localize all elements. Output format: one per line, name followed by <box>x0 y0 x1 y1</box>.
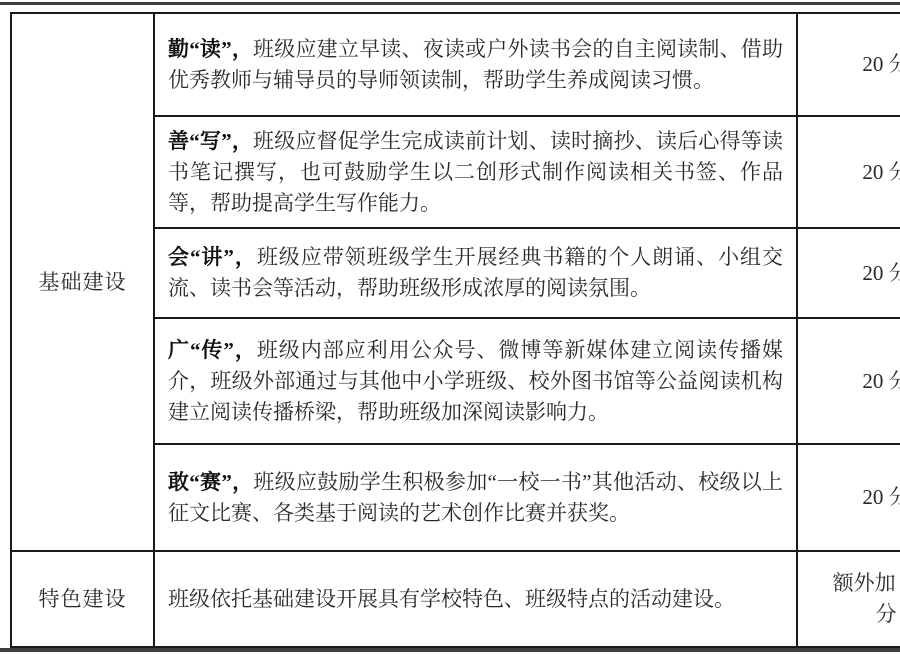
criterion-cell: 会“讲”，班级应带领班级学生开展经典书籍的个人朗诵、小组交流、读书会等活动，帮助… <box>154 228 797 318</box>
criterion-text: 班级应鼓励学生积极参加“一校一书”其他活动、校级以上征文比赛、各类基于阅读的艺术… <box>168 470 783 525</box>
criterion-cell: 善“写”，班级应督促学生完成读前计划、读时摘抄、读后心得等读书笔记撰写，也可鼓励… <box>154 116 797 228</box>
table-row: 特色建设 班级依托基础建设开展具有学校特色、班级特点的活动建设。 额外加 5-1… <box>11 551 900 647</box>
special-criterion-cell: 班级依托基础建设开展具有学校特色、班级特点的活动建设。 <box>154 551 797 647</box>
score-cell: 20 分 <box>797 318 900 444</box>
criterion-text: 班级应带领班级学生开展经典书籍的个人朗诵、小组交流、读书会等活动，帮助班级形成浓… <box>168 245 783 300</box>
criterion-text: 班级依托基础建设开展具有学校特色、班级特点的活动建设。 <box>168 587 735 611</box>
criterion-cell: 广“传”，班级内部应利用公众号、微博等新媒体建立阅读传播媒介，班级外部通过与其他… <box>154 318 797 444</box>
score-cell: 20 分 <box>797 228 900 318</box>
top-rule <box>0 2 900 5</box>
criterion-lead-spread: 广“传”， <box>168 338 257 362</box>
score-cell: 20 分 <box>797 444 900 551</box>
score-cell: 20 分 <box>797 13 900 116</box>
score-cell: 20 分 <box>797 116 900 228</box>
criterion-lead-speak: 会“讲”， <box>168 245 257 269</box>
evaluation-table: 基础建设 勤“读”，班级应建立早读、夜读或户外读书会的自主阅读制、借助优秀教师与… <box>10 12 900 648</box>
bottom-rule <box>0 648 900 652</box>
criterion-cell: 勤“读”，班级应建立早读、夜读或户外读书会的自主阅读制、借助优秀教师与辅导员的导… <box>154 13 797 116</box>
criterion-lead-compete: 敢“赛”， <box>168 470 253 494</box>
criterion-text: 班级应督促学生完成读前计划、读时摘抄、读后心得等读书笔记撰写，也可鼓励学生以二创… <box>168 129 783 215</box>
table-row: 基础建设 勤“读”，班级应建立早读、夜读或户外读书会的自主阅读制、借助优秀教师与… <box>11 13 900 116</box>
score-cell: 额外加 5-10 分 <box>797 551 900 647</box>
document-page: 基础建设 勤“读”，班级应建立早读、夜读或户外读书会的自主阅读制、借助优秀教师与… <box>0 0 900 661</box>
criterion-text: 班级应建立早读、夜读或户外读书会的自主阅读制、借助优秀教师与辅导员的导师领读制，… <box>168 37 783 92</box>
category-cell-special: 特色建设 <box>11 551 154 647</box>
criterion-lead-read: 勤“读”， <box>168 37 253 61</box>
criterion-cell: 敢“赛”，班级应鼓励学生积极参加“一校一书”其他活动、校级以上征文比赛、各类基于… <box>154 444 797 551</box>
criterion-lead-write: 善“写”， <box>168 129 253 153</box>
category-cell-basic: 基础建设 <box>11 13 154 551</box>
criterion-text: 班级内部应利用公众号、微博等新媒体建立阅读传播媒介，班级外部通过与其他中小学班级… <box>168 338 783 424</box>
